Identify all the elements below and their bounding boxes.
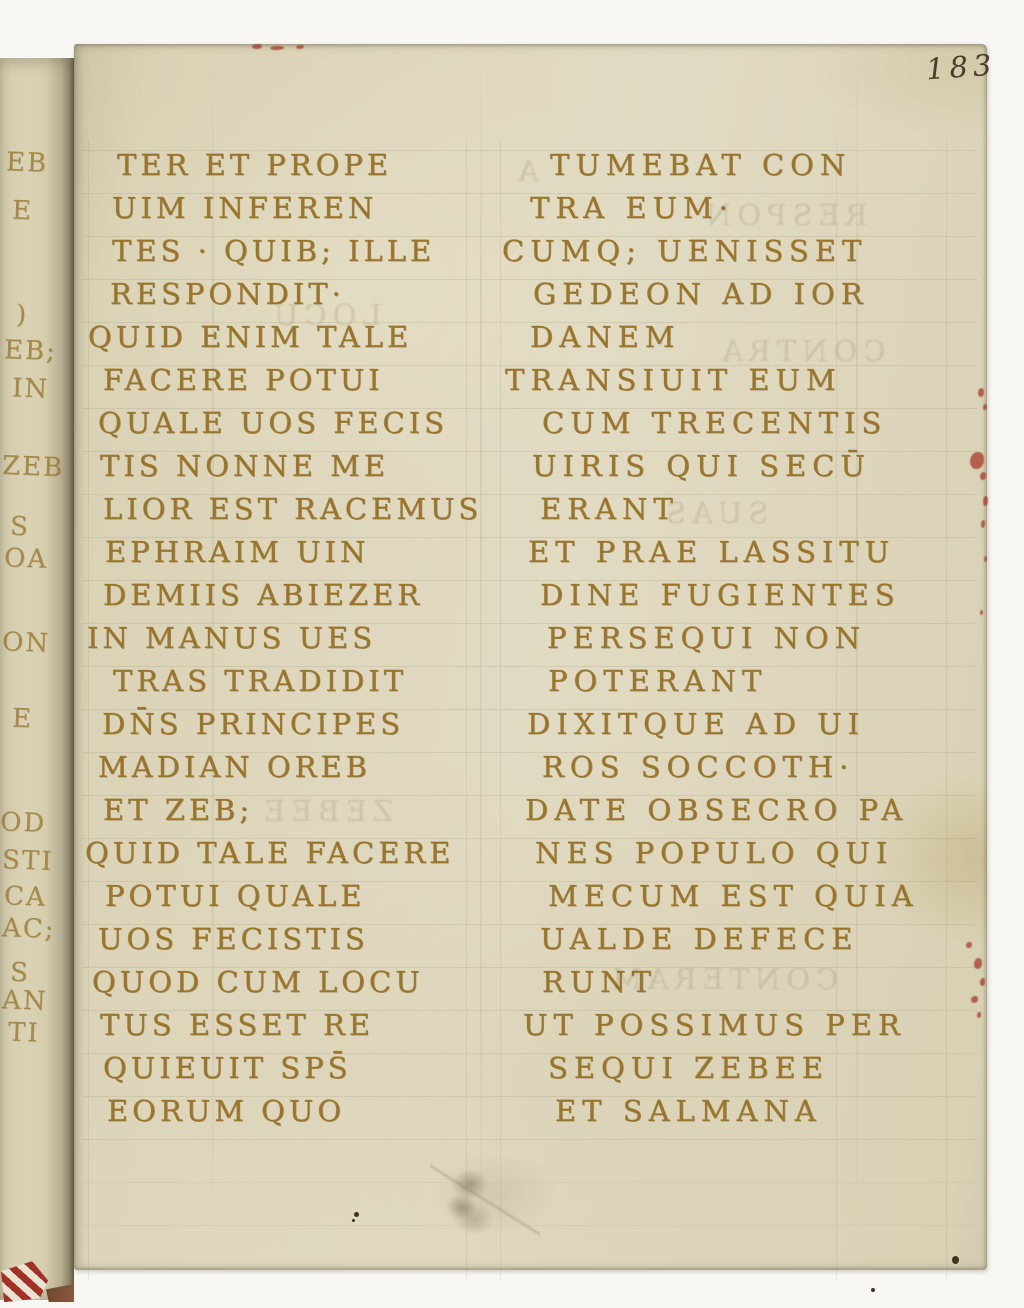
ink-dot [952,1256,959,1264]
red-edge-speck [980,610,983,615]
ruling-line [82,752,977,753]
ruling-line [82,1139,977,1140]
ink-dot [354,1212,359,1217]
ruling-line [82,322,977,323]
red-edge-speck [981,520,985,528]
red-edge-speck [978,388,984,397]
gutter-text-fragment: AC; [1,913,55,945]
gutter-text-fragment: S [9,512,30,543]
red-edge-speck [970,452,984,469]
showthrough-ghost-text: ZEBEE [258,790,393,833]
gutter-text-fragment: OA [3,543,48,575]
gutter-text-fragment: IN [11,373,49,404]
ruling-line [82,1182,977,1183]
red-edge-speck [296,45,304,49]
red-edge-speck [983,496,988,506]
ruling-line [82,623,977,624]
parchment-crease [212,54,214,1260]
gutter-text-fragment: E [11,704,33,735]
folio-number: 183 [925,48,998,87]
red-edge-speck [980,472,986,480]
ruling-line [82,1053,977,1054]
ruling-line [82,580,977,581]
red-edge-speck [270,46,284,50]
gutter-text-fragment: TI [7,1017,40,1048]
gutter-text-fragment: OD [0,807,47,839]
red-edge-speck [974,958,982,969]
ruling-line [82,408,977,409]
ruling-line [82,924,977,925]
showthrough-ghost-text: CONTRA [716,330,885,373]
ruling-line [82,967,977,968]
ruling-line [82,666,977,667]
manuscript-page: 183 TER ET PROPEUIM INFERENTES · QUIB; I… [74,44,987,1270]
gutter-text-fragment: EB; [3,335,57,367]
ruling-line [82,451,977,452]
ruling-line-vertical [500,140,501,1280]
previous-page-edge: EBE)EB;INZEBSOAONEODSTICAAC;SANTI [0,58,74,1300]
ruling-line [82,279,977,280]
gutter-text-fragment: E [11,196,33,227]
scratch-mark [430,1152,540,1248]
manuscript-photo: EBE)EB;INZEBSOAONEODSTICAAC;SANTI 183 TE… [0,0,1024,1308]
ruling-line [82,795,977,796]
ruling-line-vertical [88,140,89,1280]
ruling-line-vertical [836,140,837,1280]
ruling-line [82,1010,977,1011]
showthrough-ghost-text: A [512,150,539,193]
ruling-line [82,494,977,495]
gutter-text-fragment: ZEB [1,451,64,483]
ruling-line [82,537,977,538]
ruling-line-vertical [946,140,947,1280]
red-edge-speck [977,1012,981,1018]
red-edge-speck [966,942,972,948]
ruling-line [82,709,977,710]
showthrough-ghost-text: LOCU [268,294,382,337]
ruling-line [82,881,977,882]
ruling-line-vertical [466,140,467,1280]
gutter-text-fragment: S [9,958,30,989]
gutter-text-fragment: AN [1,985,48,1017]
red-edge-speck [980,978,985,986]
gutter-text-fragment: CA [3,881,47,912]
red-edge-speck [983,404,987,410]
showthrough-ghost-text: CONTERAM [606,958,838,1001]
parchment-crease [480,54,482,1260]
ruling-line [82,1268,977,1269]
ruling-line [82,838,977,839]
red-edge-speck [252,44,262,49]
ruling-line [82,1225,977,1226]
ink-dot [352,1219,355,1222]
red-edge-speck [971,996,978,1003]
showthrough-ghost-text: SUAS [660,492,768,535]
gutter-text-fragment: ) [15,300,28,330]
gutter-text-fragment: ON [1,627,50,659]
ruling-line [82,1096,977,1097]
ink-dot [871,1288,875,1292]
showthrough-ghost-text: RESPON [700,194,868,237]
gutter-text-fragment: EB [5,147,48,178]
gutter-text-fragment: STI [1,845,53,877]
red-edge-speck [984,556,987,562]
